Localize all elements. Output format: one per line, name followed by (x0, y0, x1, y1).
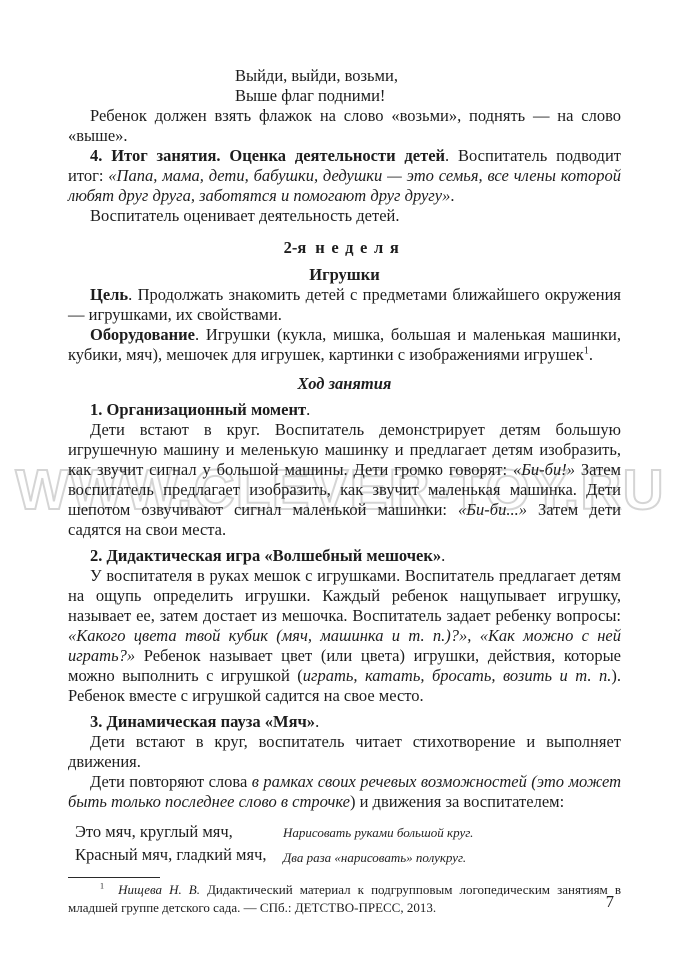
week-word: неделя (315, 238, 405, 257)
couplet-line: Красный мяч, гладкий мяч, (75, 844, 283, 867)
paragraph-text: Дети встают в круг, воспитатель читает с… (68, 732, 621, 771)
section-heading-text: 3. Динамическая пауза «Мяч» (90, 712, 315, 731)
week-number: 2-я (284, 238, 307, 257)
paragraph-bold-lead: 4. Итог занятия. Оценка деятельности дет… (90, 146, 445, 165)
paragraph-text: . Продолжать знакомить детей с предметам… (68, 285, 621, 324)
section2-heading: 2. Дидактическая игра «Волшебный мешочек… (68, 546, 621, 566)
paragraph-evaluation: Воспитатель оценивает деятельность детей… (68, 206, 621, 226)
paragraph-text: . (589, 345, 593, 364)
paragraph-goal: Цель. Продолжать знакомить детей с предм… (68, 285, 621, 325)
section1-heading: 1. Организационный момент. (68, 400, 621, 420)
section-heading-dot: . (315, 712, 319, 731)
footnote-number: 1 (100, 882, 104, 891)
section-heading-text: 1. Организационный момент (90, 400, 306, 419)
paragraph-bold-lead: Цель (90, 285, 128, 304)
paragraph-text: Воспитатель оценивает деятельность детей… (90, 206, 399, 225)
verse-block: Выйди, выйди, возьми, Выше флаг подними! (235, 66, 621, 106)
paragraph-italic-quote: «Какого цвета твой кубик (мяч, машинка и… (68, 626, 467, 645)
section-heading-dot: . (306, 400, 310, 419)
week-heading: 2-янеделя (68, 238, 621, 258)
page-content: Выйди, выйди, возьми, Выше флаг подними!… (68, 66, 621, 917)
paragraph-equipment: Оборудование. Игрушки (кукла, мишка, бол… (68, 325, 621, 365)
paragraph-flag-instruction: Ребенок должен взять флажок на слово «во… (68, 106, 621, 146)
footnote-author: Нищева Н. В. (118, 882, 200, 897)
couplet-table: Это мяч, круглый мяч, Красный мяч, гладк… (68, 821, 621, 870)
paragraph-text: Ребенок должен взять флажок на слово «во… (68, 106, 621, 145)
couplet-movement: Два раза «нарисовать» полукруг. (283, 846, 473, 871)
section-heading-text: 2. Дидактическая игра «Волшебный мешочек… (90, 546, 441, 565)
section3-heading: 3. Динамическая пауза «Мяч». (68, 712, 621, 732)
couplet-movements-column: Нарисовать руками большой круг. Два раза… (283, 821, 473, 870)
section3-paragraph-1: Дети встают в круг, воспитатель читает с… (68, 732, 621, 772)
page-number: 7 (606, 892, 614, 912)
paragraph-text: , (467, 626, 479, 645)
footnote-divider (68, 877, 160, 878)
lesson-course-heading: Ход занятия (68, 374, 621, 394)
paragraph-italic-quote: «Би-би...» (458, 500, 527, 519)
section-heading-dot: . (441, 546, 445, 565)
paragraph-lesson-summary: 4. Итог занятия. Оценка деятельности дет… (68, 146, 621, 206)
paragraph-text: ) и движения за воспитателем: (350, 792, 564, 811)
couplet-words-column: Это мяч, круглый мяч, Красный мяч, гладк… (75, 821, 283, 870)
paragraph-italic-actions: играть, катать, бросать, возить и т. п. (303, 666, 612, 685)
couplet-movement: Нарисовать руками большой круг. (283, 821, 473, 846)
paragraph-italic-quote: «Би-би!» (513, 460, 575, 479)
paragraph-bold-lead: Оборудование (90, 325, 195, 344)
couplet-line: Это мяч, круглый мяч, (75, 821, 283, 844)
scanned-book-page: WWW.CLEVER-TOY.RU Выйди, выйди, возьми, … (0, 0, 680, 960)
verse-line: Выше флаг подними! (235, 86, 621, 106)
paragraph-italic-quote: «Папа, мама, дети, бабушки, дедушки — эт… (68, 166, 621, 205)
paragraph-text: У воспитателя в руках мешок с игрушками.… (68, 566, 621, 625)
section2-paragraph: У воспитателя в руках мешок с игрушками.… (68, 566, 621, 706)
paragraph-text: Дети повторяют слова (90, 772, 252, 791)
topic-heading: Игрушки (68, 265, 621, 285)
section1-paragraph: Дети встают в круг. Воспитатель демонстр… (68, 420, 621, 540)
verse-line: Выйди, выйди, возьми, (235, 66, 621, 86)
paragraph-text: . (450, 186, 454, 205)
section3-paragraph-2: Дети повторяют слова в рамках своих рече… (68, 772, 621, 812)
footnote: 1 Нищева Н. В. Дидактический материал к … (68, 881, 621, 917)
